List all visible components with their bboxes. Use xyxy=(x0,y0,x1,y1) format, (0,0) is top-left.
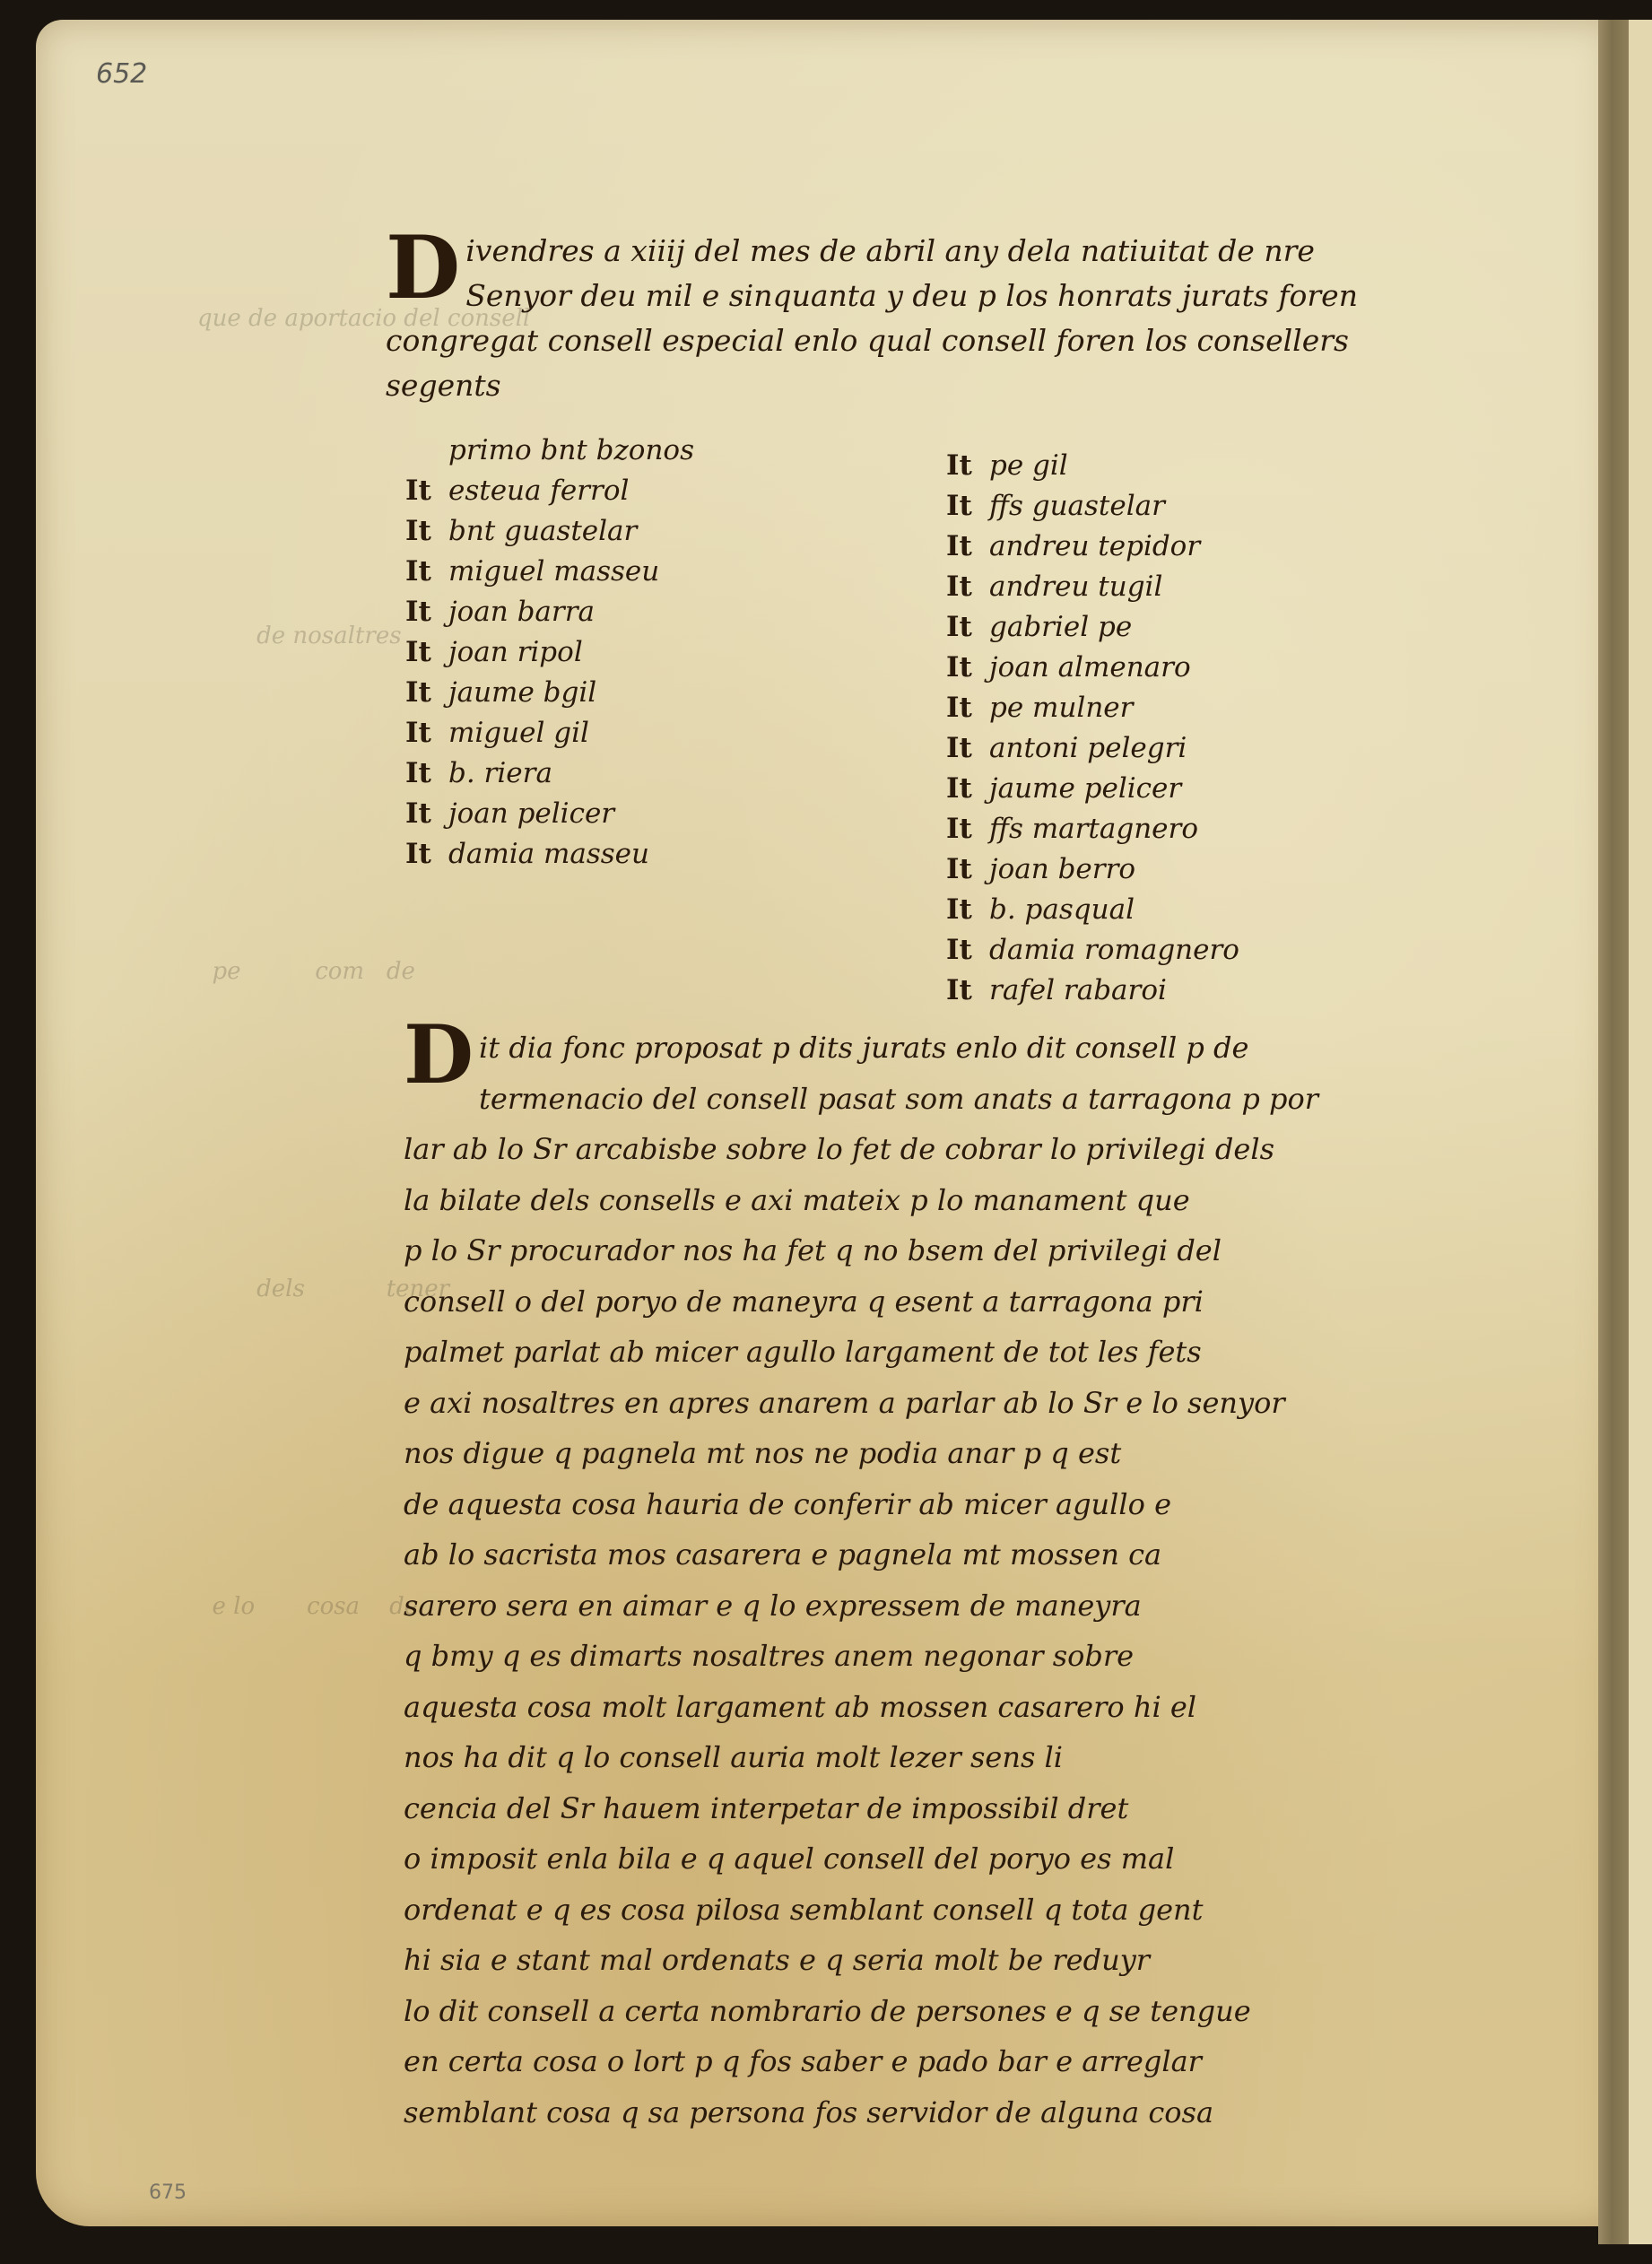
proceedings-line: sarero sera en aimar e q lo expressem de… xyxy=(404,1580,1444,1632)
attendee-name: pe gil xyxy=(989,449,1068,482)
item-mark: It xyxy=(405,552,448,592)
item-mark: It xyxy=(946,648,989,688)
proceedings-line: nos ha dit q lo consell auria molt lezer… xyxy=(404,1732,1444,1783)
proceedings-line: semblant cosa q sa persona fos servidor … xyxy=(404,2087,1444,2138)
item-mark: It xyxy=(946,809,989,849)
item-mark: It xyxy=(405,794,448,834)
attendee-name: jaume pelicer xyxy=(989,772,1181,805)
proceedings-line: lar ab lo Sr arcabisbe sobre lo fet de c… xyxy=(404,1124,1444,1175)
item-mark: It xyxy=(946,567,989,607)
attendee-name: b. pasqual xyxy=(989,893,1135,926)
attendee-name: ffs guastelar xyxy=(989,490,1165,522)
attendee-item: Itbnt guastelar xyxy=(405,511,694,552)
attendee-name: antoni pelegri xyxy=(989,732,1187,764)
item-mark: It xyxy=(405,673,448,713)
attendee-name: joan berro xyxy=(989,853,1135,885)
attendee-name: bnt guastelar xyxy=(448,515,637,547)
binding-gutter xyxy=(1598,20,1629,2244)
attendee-item: Itpe mulner xyxy=(946,688,1239,728)
attendee-name: joan ripol xyxy=(448,636,583,668)
attendee-item: Itb. pasqual xyxy=(946,890,1239,930)
attendee-name: damia romagnero xyxy=(989,934,1239,966)
attendee-name: miguel gil xyxy=(448,717,589,749)
attendee-name: andreu tepidor xyxy=(989,530,1200,562)
attendee-name: gabriel pe xyxy=(989,611,1132,643)
proceedings-paragraph: D it dia fonc proposat p dits jurats enl… xyxy=(404,1023,1444,2138)
item-mark: It xyxy=(946,486,989,527)
attendee-name: jaume bgil xyxy=(448,676,596,709)
item-mark: It xyxy=(946,688,989,728)
proceedings-line: it dia fonc proposat p dits jurats enlo … xyxy=(404,1023,1444,1074)
attendee-item: Itffs martagnero xyxy=(946,809,1239,849)
attendee-item: Itjoan berro xyxy=(946,849,1239,890)
item-mark: It xyxy=(405,632,448,673)
item-mark: It xyxy=(405,592,448,632)
attendee-item: Itandreu tepidor xyxy=(946,527,1239,567)
attendee-name: miguel masseu xyxy=(448,555,659,588)
proceedings-line: ordenat e q es cosa pilosa semblant cons… xyxy=(404,1885,1444,1936)
attendee-item: Itdamia romagnero xyxy=(946,930,1239,971)
intro-paragraph: D ivendres a xiiij del mes de abril any … xyxy=(386,229,1462,408)
proceedings-line: ab lo sacrista mos casarera e pagnela mt… xyxy=(404,1529,1444,1580)
attendee-name: esteua ferrol xyxy=(448,475,629,507)
proceedings-line: lo dit consell a certa nombrario de pers… xyxy=(404,1986,1444,2037)
attendee-item: Itmiguel gil xyxy=(405,713,694,753)
proceedings-initial: D xyxy=(404,1023,474,1087)
attendees-left-column: primo bnt bzonos Itesteua ferrol Itbnt g… xyxy=(405,431,694,875)
intro-line: Senyor deu mil e sinquanta y deu p los h… xyxy=(386,274,1462,318)
attendee-item: Itjoan ripol xyxy=(405,632,694,673)
intro-line: congregat consell especial enlo qual con… xyxy=(386,318,1462,363)
attendee-item: Itjaume bgil xyxy=(405,673,694,713)
attendee-item: Itgabriel pe xyxy=(946,607,1239,648)
attendee-item: Itmiguel masseu xyxy=(405,552,694,592)
intro-initial: D xyxy=(386,232,460,304)
intro-line: segents xyxy=(386,363,1462,408)
item-mark: It xyxy=(405,713,448,753)
proceedings-line: de aquesta cosa hauria de conferir ab mi… xyxy=(404,1479,1444,1530)
item-mark: It xyxy=(405,834,448,875)
item-mark: It xyxy=(946,849,989,890)
proceedings-line: nos digue q pagnela mt nos ne podia anar… xyxy=(404,1428,1444,1479)
item-mark: It xyxy=(405,511,448,552)
attendee-name: primo bnt bzonos xyxy=(448,434,694,466)
folio-number-bottom: 675 xyxy=(149,2181,187,2204)
item-mark: It xyxy=(946,446,989,486)
proceedings-line: en certa cosa o lort p q fos saber e pad… xyxy=(404,2036,1444,2087)
attendee-item: Itjaume pelicer xyxy=(946,769,1239,809)
intro-line: ivendres a xiiij del mes de abril any de… xyxy=(386,229,1462,274)
bleed-line: pe com de xyxy=(197,945,530,997)
proceedings-line: aquesta cosa molt largament ab mossen ca… xyxy=(404,1682,1444,1733)
proceedings-line: consell o del poryo de maneyra q esent a… xyxy=(404,1276,1444,1328)
attendee-item: Itffs guastelar xyxy=(946,486,1239,527)
proceedings-line: la bilate dels consells e axi mateix p l… xyxy=(404,1175,1444,1226)
attendee-name: joan pelicer xyxy=(448,797,614,830)
attendee-item: Itjoan pelicer xyxy=(405,794,694,834)
attendee-item: Itrafel rabaroi xyxy=(946,971,1239,1011)
proceedings-line: q bmy q es dimarts nosaltres anem negona… xyxy=(404,1631,1444,1682)
attendee-name: damia masseu xyxy=(448,838,649,870)
item-mark: It xyxy=(405,471,448,511)
attendee-item: Itjoan almenaro xyxy=(946,648,1239,688)
proceedings-line: palmet parlat ab micer agullo largament … xyxy=(404,1327,1444,1378)
attendee-item: Itesteua ferrol xyxy=(405,471,694,511)
attendee-item: primo bnt bzonos xyxy=(405,431,694,471)
item-mark: It xyxy=(405,753,448,794)
item-mark: It xyxy=(946,607,989,648)
attendee-item: Itandreu tugil xyxy=(946,567,1239,607)
proceedings-line: cencia del Sr hauem interpetar de imposs… xyxy=(404,1783,1444,1834)
attendee-item: Itantoni pelegri xyxy=(946,728,1239,769)
item-mark: It xyxy=(946,769,989,809)
attendee-name: rafel rabaroi xyxy=(989,974,1167,1006)
proceedings-line: e axi nosaltres en apres anarem a parlar… xyxy=(404,1378,1444,1429)
attendees-right-column: Itpe gil Itffs guastelar Itandreu tepido… xyxy=(946,446,1239,1011)
item-mark: It xyxy=(946,930,989,971)
attendee-item: Itdamia masseu xyxy=(405,834,694,875)
attendee-name: pe mulner xyxy=(989,692,1133,724)
attendee-item: Itb. riera xyxy=(405,753,694,794)
proceedings-line: termenacio del consell pasat som anats a… xyxy=(404,1074,1444,1125)
proceedings-line: hi sia e stant mal ordenats e q seria mo… xyxy=(404,1935,1444,1986)
item-mark: It xyxy=(946,971,989,1011)
proceedings-line: p lo Sr procurador nos ha fet q no bsem … xyxy=(404,1225,1444,1276)
item-mark: It xyxy=(946,527,989,567)
attendee-item: Itpe gil xyxy=(946,446,1239,486)
item-mark: It xyxy=(946,728,989,769)
attendee-name: ffs martagnero xyxy=(989,813,1198,845)
attendee-item: Itjoan barra xyxy=(405,592,694,632)
facing-page-edge xyxy=(1629,20,1652,2244)
attendee-name: andreu tugil xyxy=(989,570,1162,603)
proceedings-line: o imposit enla bila e q aquel consell de… xyxy=(404,1833,1444,1885)
attendee-name: joan almenaro xyxy=(989,651,1191,684)
attendee-name: joan barra xyxy=(448,596,595,628)
attendee-name: b. riera xyxy=(448,757,552,789)
item-mark: It xyxy=(946,890,989,930)
folio-number-top: 652 xyxy=(96,58,147,90)
